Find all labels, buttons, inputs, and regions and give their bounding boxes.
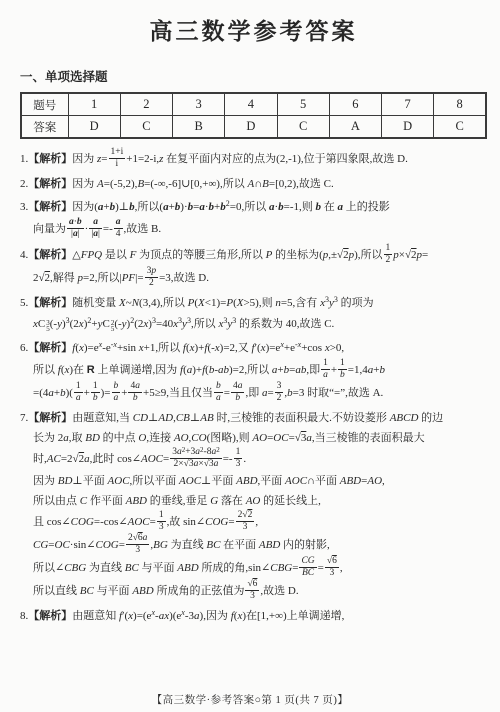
explanation-item: 7.【解析】由题意知,当 CD⊥AD,CB⊥AB 时,三棱锥的表面积最大.不妨设… [20, 408, 487, 603]
qnum-cell: 1 [68, 93, 120, 116]
qnum-cell: 7 [382, 93, 434, 116]
explanation-item: 4.【解析】△FPQ 是以 F 为顶点的等腰三角形,所以 P 的坐标为(p,±√… [20, 244, 487, 290]
explanation-line: 4.【解析】△FPQ 是以 F 为顶点的等腰三角形,所以 P 的坐标为(p,±√… [20, 244, 487, 267]
explanation-item: 5.【解析】随机变量 X~N(3,4),所以 P(X<1)=P(X>5),则 n… [20, 293, 487, 335]
explanation-line: 因为 BD⊥平面 AOC,所以平面 AOC⊥平面 ABD,平面 AOC∩平面 A… [20, 471, 487, 491]
explanation-line: 长为 2a,取 BD 的中点 O,连接 AO,CO(图略),则 AO=OC=√3… [20, 428, 487, 448]
explanation-item: 3.【解析】因为(a+b)⊥b,所以(a+b)·b=a·b+b2=0,所以 a·… [20, 197, 487, 241]
explanation-line: 所以 f(x)在 R 上单调递增,因为 f(a)+f(b-ab)=2,所以 a+… [20, 359, 487, 382]
explanation-item: 1.【解析】因为 z=1+ii+1=2-i,z 在复平面内对应的点为(2,-1)… [20, 148, 487, 171]
answer-table-row-answers: 答案 D C B D C A D C [21, 116, 486, 139]
explanation-line: xC35(-y)3(2x)2+yC25(-y)2(2x)3=40x3y3,所以 … [20, 314, 487, 335]
explanation-line: 所以直线 BC 与平面 ABD 所成角的正弦值为√63,故选 D. [20, 580, 487, 603]
explanation-line: 5.【解析】随机变量 X~N(3,4),所以 P(X<1)=P(X>5),则 n… [20, 293, 487, 314]
answer-table: 题号 1 2 3 4 5 6 7 8 答案 D C B D C A D C [20, 92, 487, 139]
explanation-line: 且 cos∠COG=-cos∠AOC=13,故 sin∠COG=2√23, [20, 511, 487, 534]
answer-cell: C [277, 116, 329, 139]
explanation-line: 2.【解析】因为 A=(-5,2),B=(-∞,-6]∪[0,+∞),所以 A∩… [20, 174, 487, 194]
qnum-cell: 6 [329, 93, 381, 116]
explanation-item: 6.【解析】f(x)=ex-e-x+sin x+1,所以 f(x)+f(-x)=… [20, 338, 487, 405]
explanation-line: 1.【解析】因为 z=1+ii+1=2-i,z 在复平面内对应的点为(2,-1)… [20, 148, 487, 171]
answer-cell: C [120, 116, 172, 139]
explanations: 1.【解析】因为 z=1+ii+1=2-i,z 在复平面内对应的点为(2,-1)… [20, 148, 487, 627]
answer-cell: D [68, 116, 120, 139]
explanation-line: 所以由点 C 作平面 ABD 的垂线,垂足 G 落在 AO 的延长线上, [20, 491, 487, 511]
qnum-cell: 2 [120, 93, 172, 116]
explanation-item: 2.【解析】因为 A=(-5,2),B=(-∞,-6]∪[0,+∞),所以 A∩… [20, 174, 487, 194]
qnum-cell: 5 [277, 93, 329, 116]
qnum-cell: 3 [173, 93, 225, 116]
explanation-line: 时,AC=2√2a,此时 cos∠AOC=3a2+3a2-8a22×√3a×√3… [20, 448, 487, 471]
question-number-label: 题号 [21, 93, 68, 116]
explanation-line: 所以∠CBG 为直线 BC 与平面 ABD 所成的角,sin∠CBG=CGBC=… [20, 557, 487, 580]
answer-cell: D [382, 116, 434, 139]
qnum-cell: 8 [434, 93, 486, 116]
explanation-line: 3.【解析】因为(a+b)⊥b,所以(a+b)·b=a·b+b2=0,所以 a·… [20, 197, 487, 218]
answer-cell: D [225, 116, 277, 139]
explanation-line: CG=OC·sin∠COG=2√6a3,BG 为直线 BC 在平面 ABD 内的… [20, 534, 487, 557]
page-title: 高三数学参考答案 [20, 13, 487, 46]
answer-table-row-numbers: 题号 1 2 3 4 5 6 7 8 [21, 93, 486, 116]
answer-cell: A [329, 116, 381, 139]
explanation-line: =(4a+b)(1a+1b)=ba+4ab+5≥9,当且仅当ba=4ab,即 a… [20, 382, 487, 405]
explanation-item: 8.【解析】由题意知 f′(x)=(ex-ax)(ex-3a),因为 f(x)在… [20, 606, 487, 627]
document-page: 高三数学参考答案 一、单项选择题 题号 1 2 3 4 5 6 7 8 答案 D… [0, 0, 500, 712]
explanation-line: 6.【解析】f(x)=ex-e-x+sin x+1,所以 f(x)+f(-x)=… [20, 338, 487, 359]
answer-cell: C [434, 116, 486, 139]
page-footer: 【高三数学·参考答案○第 1 页(共 7 页)】 [0, 692, 500, 707]
answer-label: 答案 [21, 116, 68, 139]
explanation-line: 8.【解析】由题意知 f′(x)=(ex-ax)(ex-3a),因为 f(x)在… [20, 606, 487, 627]
explanation-line: 2√2,解得 p=2,所以|PF|=3p2=3,故选 D. [20, 267, 487, 290]
answer-cell: B [173, 116, 225, 139]
explanation-line: 向量为a·b|a|·a|a|=-a4,故选 B. [20, 218, 487, 241]
section-heading-single-choice: 一、单项选择题 [20, 67, 487, 85]
explanation-line: 7.【解析】由题意知,当 CD⊥AD,CB⊥AB 时,三棱锥的表面积最大.不妨设… [20, 408, 487, 428]
qnum-cell: 4 [225, 93, 277, 116]
